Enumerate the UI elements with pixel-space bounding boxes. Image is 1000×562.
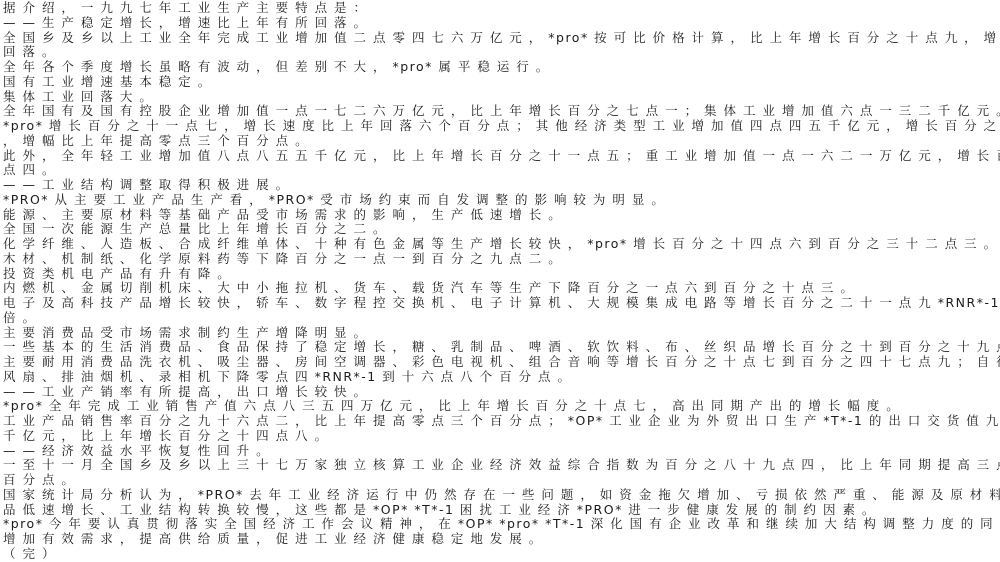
text-line: *pro* 今 年 要 认 真 贯 彻 落 实 全 国 经 济 工 作 会 议 … — [3, 517, 1000, 532]
text-line: 全 年 各 个 季 度 增 长 虽 略 有 波 动 ， 但 差 别 不 大 ， … — [3, 60, 1000, 75]
document-text: 据 介 绍 ， 一 九 九 七 年 工 业 生 产 主 要 特 点 是 ：— —… — [0, 0, 1000, 562]
text-line: 投 资 类 机 电 产 品 有 升 有 降 。 — [3, 267, 1000, 282]
text-line: 主 要 耐 用 消 费 品 洗 衣 机 、 吸 尘 器 、 房 间 空 调 器 … — [3, 355, 1000, 370]
text-line: 风 扇 、 排 油 烟 机 、 录 相 机 下 降 零 点 四 *RNR*-1 … — [3, 370, 1000, 385]
text-line: 木 材 、 机 制 纸 、 化 学 原 料 药 等 下 降 百 分 之 一 点 … — [3, 252, 1000, 267]
text-line: 品 低 速 增 长 、 工 业 结 构 转 换 较 慢 ， 这 些 都 是 *O… — [3, 503, 1000, 518]
text-line: 回 落 。 — [3, 45, 1000, 60]
text-line: 国 有 工 业 增 速 基 本 稳 定 。 — [3, 75, 1000, 90]
text-line: 百 分 点 。 — [3, 473, 1000, 488]
text-line: （ 完 ） — [3, 547, 1000, 562]
text-line: — — 生 产 稳 定 增 长 ， 增 速 比 上 年 有 所 回 落 。 — [3, 16, 1000, 31]
text-line: 能 源 、 主 要 原 材 料 等 基 础 产 品 受 市 场 需 求 的 影 … — [3, 208, 1000, 223]
text-line: 电 子 及 高 科 技 产 品 增 长 较 快 ， 轿 车 、 数 字 程 控 … — [3, 296, 1000, 311]
text-line: 增 加 有 效 需 求 ， 提 高 供 给 质 量 ， 促 进 工 业 经 济 … — [3, 532, 1000, 547]
text-line: 主 要 消 费 品 受 市 场 需 求 制 约 生 产 增 降 明 显 。 — [3, 326, 1000, 341]
text-line: 化 学 纤 维 、 人 造 板 、 合 成 纤 维 单 体 、 十 种 有 色 … — [3, 237, 1000, 252]
text-line: 倍 。 — [3, 311, 1000, 326]
text-line: 全 国 一 次 能 源 生 产 总 量 比 上 年 增 长 百 分 之 二 。 — [3, 222, 1000, 237]
text-line: 工 业 产 品 销 售 率 百 分 之 九 十 六 点 二 ， 比 上 年 提 … — [3, 414, 1000, 429]
text-line: 全 国 乡 及 乡 以 上 工 业 全 年 完 成 工 业 增 加 值 二 点 … — [3, 31, 1000, 46]
text-line: 一 些 基 本 的 生 活 消 费 品 、 食 品 保 持 了 稳 定 增 长 … — [3, 340, 1000, 355]
text-line: 点 四 。 — [3, 163, 1000, 178]
text-line: 千 亿 元 ， 比 上 年 增 长 百 分 之 十 四 点 八 。 — [3, 429, 1000, 444]
text-line: ， 增 幅 比 上 年 提 高 零 点 三 个 百 分 点 。 — [3, 134, 1000, 149]
text-line: 国 家 统 计 局 分 析 认 为 ， *PRO* 去 年 工 业 经 济 运 … — [3, 488, 1000, 503]
text-line: 此 外 ， 全 年 轻 工 业 增 加 值 八 点 八 五 五 千 亿 元 ， … — [3, 149, 1000, 164]
text-line: — — 工 业 产 销 率 有 所 提 高 ， 出 口 增 长 较 快 。 — [3, 385, 1000, 400]
text-line: *pro* 增 长 百 分 之 十 一 点 七 ， 增 长 速 度 比 上 年 … — [3, 119, 1000, 134]
text-line: 全 年 国 有 及 国 有 控 股 企 业 增 加 值 一 点 一 七 二 六 … — [3, 104, 1000, 119]
text-line: — — 经 济 效 益 水 平 恢 复 性 回 升 。 — [3, 444, 1000, 459]
text-line: 集 体 工 业 回 落 大 。 — [3, 90, 1000, 105]
text-line: 内 燃 机 、 金 属 切 削 机 床 、 大 中 小 拖 拉 机 、 货 车 … — [3, 281, 1000, 296]
text-line: — — 工 业 结 构 调 整 取 得 积 极 进 展 。 — [3, 178, 1000, 193]
text-line: *pro* 全 年 完 成 工 业 销 售 产 值 六 点 八 三 五 四 万 … — [3, 399, 1000, 414]
text-line: 一 至 十 一 月 全 国 乡 及 乡 以 上 三 十 七 万 家 独 立 核 … — [3, 458, 1000, 473]
text-line: 据 介 绍 ， 一 九 九 七 年 工 业 生 产 主 要 特 点 是 ： — [3, 1, 1000, 16]
text-line: *PRO* 从 主 要 工 业 产 品 生 产 看 ， *PRO* 受 市 场 … — [3, 193, 1000, 208]
